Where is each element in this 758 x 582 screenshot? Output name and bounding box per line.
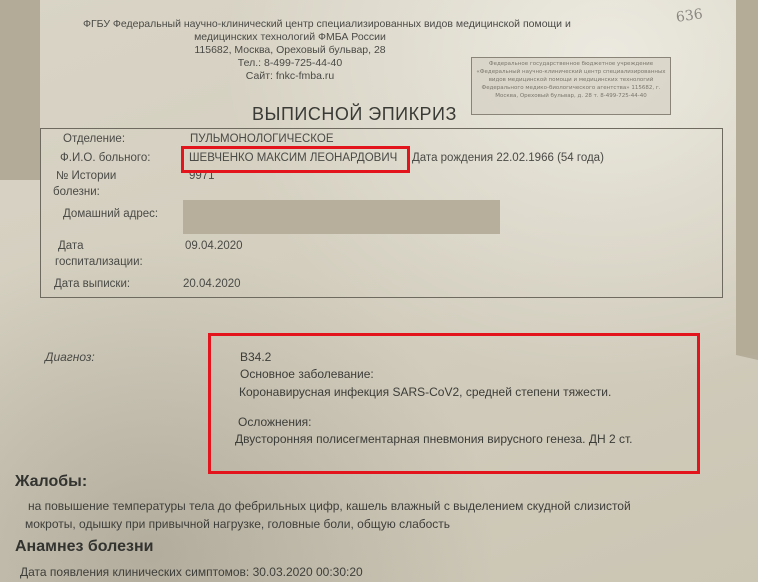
org-name-line1: ФГБУ Федеральный научно-клинический цент… [83,18,500,31]
name-highlight-box [181,146,410,173]
org-address: 115682, Москва, Ореховый бульвар, 28 [80,44,500,57]
patient-name-label: Ф.И.О. больного: [60,152,150,164]
redacted-address [183,200,500,234]
department-label: Отделение: [63,133,125,145]
history-label-line2: болезни: [53,186,100,198]
history-label-line1: № Истории [56,170,116,182]
handwritten-page-number: 636 [675,6,704,26]
diagnosis-label: Диагноз: [45,350,95,364]
anamnesis-title: Анамнез болезни [15,538,153,556]
discharge-date: 20.04.2020 [183,278,241,290]
institution-stamp: Федеральное государственное бюджетное уч… [471,57,671,115]
complaints-line2: мокроты, одышку при привычной нагрузке, … [25,517,450,531]
discharge-label: Дата выписки: [54,278,130,290]
home-address-label: Домашний адрес: [63,208,158,220]
institution-header: ФГБУ Федеральный научно-клинический цент… [80,18,500,83]
org-name-line2: медицинских технологий ФМБА России [80,31,500,44]
org-site: Сайт: fnkc-fmba.ru [80,70,500,83]
diagnosis-highlight-box [208,333,700,474]
document-page: ФГБУ Федеральный научно-клинический цент… [0,0,758,582]
background-left [0,0,40,180]
document-title: ВЫПИСНОЙ ЭПИКРИЗ [252,104,457,125]
background-right [736,0,758,355]
admission-label-line1: Дата [58,240,83,252]
symptom-onset: Дата появления клинических симптомов: 30… [20,565,363,579]
admission-date: 09.04.2020 [185,240,243,252]
complaints-line1: на повышение температуры тела до фебриль… [28,499,631,513]
org-phone: Тел.: 8-499-725-44-40 [80,57,500,70]
admission-label-line2: госпитализации: [55,256,143,268]
birth-date: Дата рождения 22.02.1966 (54 года) [412,152,604,164]
department-value: ПУЛЬМОНОЛОГИЧЕСКОЕ [190,133,334,145]
complaints-title: Жалобы: [15,473,87,491]
